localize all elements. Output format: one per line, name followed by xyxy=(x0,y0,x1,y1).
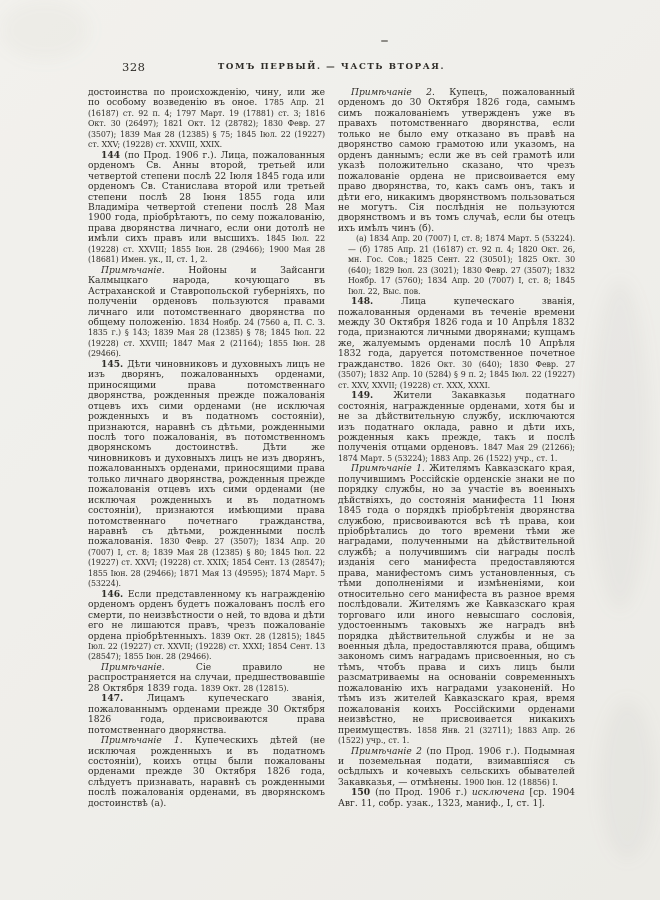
column-right: Примѣчаніе 2. Купецъ, пожалованный орден… xyxy=(338,88,575,878)
body-text: Купецъ, пожалованный орденомъ до 30 Октя… xyxy=(338,88,575,234)
paragraph: 149. Жители Закавказья податнаго состоян… xyxy=(338,391,575,464)
article-number: 146. xyxy=(101,589,128,600)
paragraph: 148. Лица купеческаго званія, пожалованн… xyxy=(338,297,575,391)
legal-citation: (а) 1834 Апр. 20 (7007) I, ст. 8; 1874 М… xyxy=(348,234,575,295)
legal-citation: 1900 Іюн. 12 (18856) I. xyxy=(464,778,557,787)
body-text: Жителямъ Кавказскаго края, получившимъ Р… xyxy=(338,464,575,735)
note-label: исключена xyxy=(472,788,525,798)
page-header: 328 ТОМЪ ПЕРВЫЙ. — ЧАСТЬ ВТОРАЯ. xyxy=(88,60,575,74)
note-label: Примѣчаніе. xyxy=(101,663,165,673)
column-left: достоинства по происхожденію, чину, или … xyxy=(88,88,325,878)
scan-speck-artifact xyxy=(381,40,388,42)
scanned-page: 328 ТОМЪ ПЕРВЫЙ. — ЧАСТЬ ВТОРАЯ. достоин… xyxy=(0,0,660,900)
body-text: (по Прод. 1906 г.) xyxy=(375,788,472,798)
article-number: 145. xyxy=(101,359,127,370)
paragraph: Примѣчаніе 1. Купеческихъ дѣтей (не искл… xyxy=(88,736,325,809)
note-label: Примѣчаніе 2. xyxy=(351,88,435,98)
article-number: 147. xyxy=(101,693,147,704)
scan-corner-artifact xyxy=(0,0,90,60)
scan-bleedthrough-artifact xyxy=(590,280,650,610)
note-label: Примѣчаніе 2 xyxy=(351,747,422,757)
paragraph: достоинства по происхожденію, чину, или … xyxy=(88,88,325,151)
scan-bleedthrough-artifact xyxy=(600,700,655,860)
paragraph: 145. Дѣти чиновниковъ и духовныхъ лицъ н… xyxy=(88,360,325,590)
paragraph: Примѣчаніе 2. Купецъ, пожалованный орден… xyxy=(338,88,575,234)
paragraph: Примѣчаніе 2 (по Прод. 1906 г.). Подымна… xyxy=(338,747,575,789)
body-text: Дѣти чиновниковъ и духовныхъ лицъ не изъ… xyxy=(88,360,325,548)
paragraph: Примѣчаніе 1. Жителямъ Кавказскаго края,… xyxy=(338,464,575,746)
article-number: 148. xyxy=(351,296,401,307)
body-text: Купеческихъ дѣтей (не исключая рожденных… xyxy=(88,736,325,809)
body-text: (по Прод. 1906 г.). Лица, пожалованныя о… xyxy=(88,151,325,245)
article-number: 144 xyxy=(101,150,124,161)
note-label: Примѣчаніе 1. xyxy=(351,464,425,474)
paragraph: 147. Лицамъ купеческаго званія, пожалова… xyxy=(88,694,325,736)
paragraph: Примѣчаніе. Нойоны и Зайсанги Калмыцкаго… xyxy=(88,266,325,360)
text-body: достоинства по происхожденію, чину, или … xyxy=(88,88,575,878)
paragraph: (а) 1834 Апр. 20 (7007) I, ст. 8; 1874 М… xyxy=(348,234,575,297)
legal-citation: 1839 Окт. 28 (12815). xyxy=(201,684,289,693)
paragraph: 144 (по Прод. 1906 г.). Лица, пожалованн… xyxy=(88,151,325,266)
paragraph: 150 (по Прод. 1906 г.) исключена [ср. 19… xyxy=(338,788,575,809)
paragraph: 146. Если представленному къ награжденію… xyxy=(88,590,325,663)
article-number: 150 xyxy=(351,787,375,798)
article-number: 149. xyxy=(351,390,393,401)
note-label: Примѣчаніе. xyxy=(101,266,165,276)
running-title: ТОМЪ ПЕРВЫЙ. — ЧАСТЬ ВТОРАЯ. xyxy=(88,62,575,72)
note-label: Примѣчаніе 1. xyxy=(101,736,183,746)
paragraph: Примѣчаніе. Сіе правило не распространяе… xyxy=(88,663,325,694)
